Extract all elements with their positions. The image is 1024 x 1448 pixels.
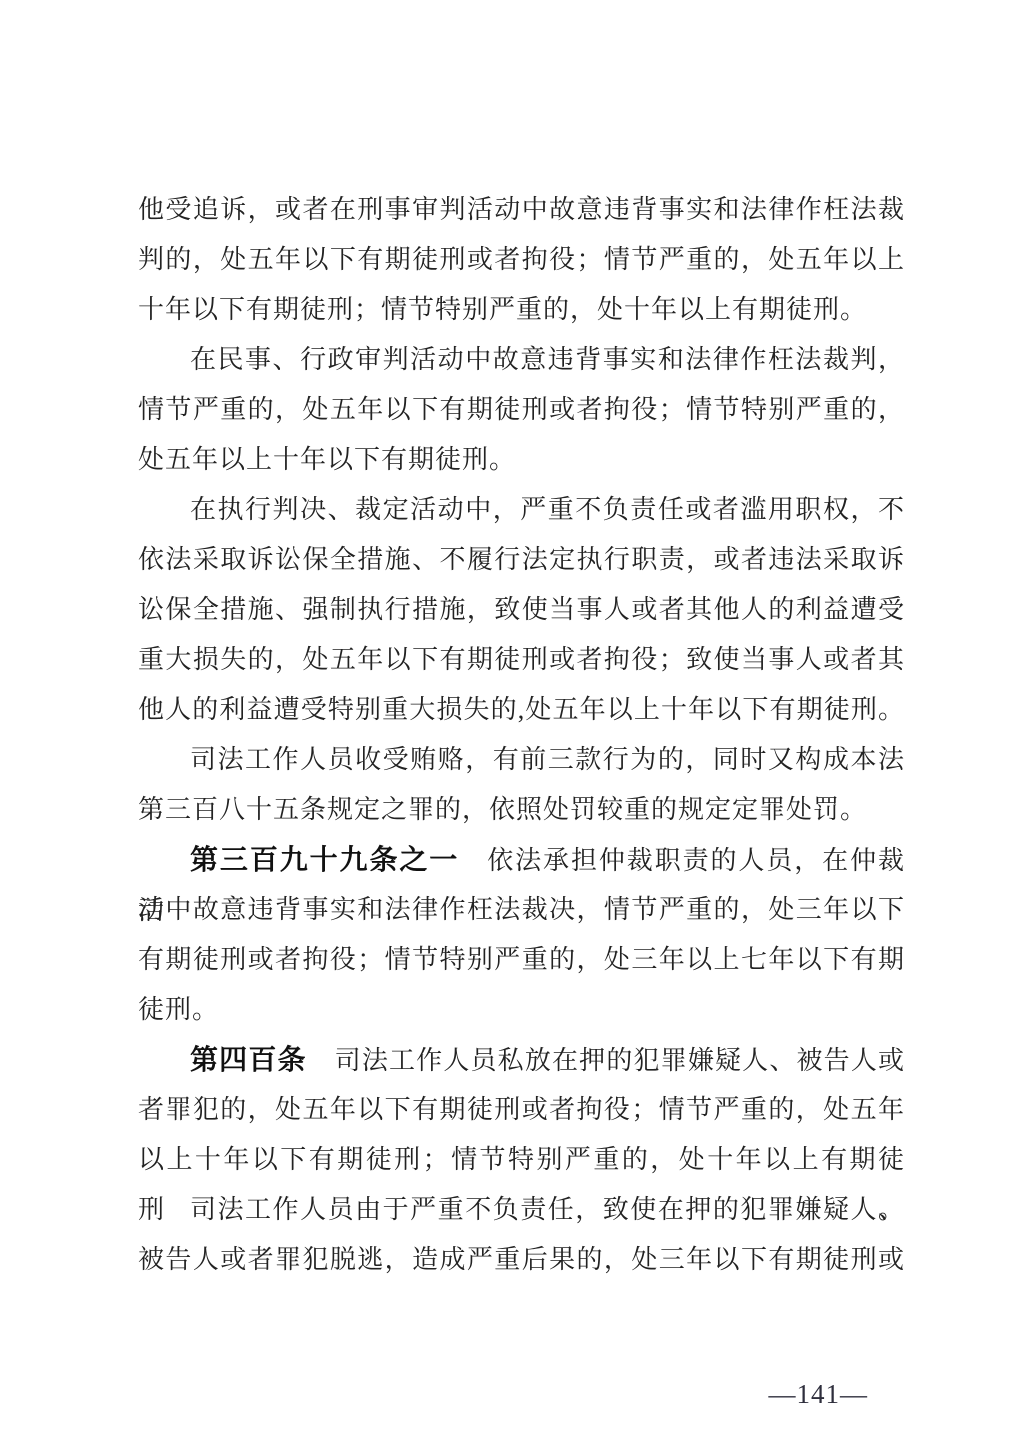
text-line: 他受追诉，或者在刑事审判活动中故意违背事实和法律作枉法裁 [138, 185, 905, 235]
article-number-heading: 第四百条 [190, 1044, 307, 1075]
text-line: 被告人或者罪犯脱逃，造成严重后果的，处三年以下有期徒刑或 [138, 1235, 905, 1285]
document-page: 他受追诉，或者在刑事审判活动中故意违背事实和法律作枉法裁 判的，处五年以下有期徒… [0, 0, 1024, 1448]
text-line: 司法工作人员收受贿赂，有前三款行为的，同时又构成本法 [138, 735, 905, 785]
text-block: 他受追诉，或者在刑事审判活动中故意违背事实和法律作枉法裁 判的，处五年以下有期徒… [138, 185, 905, 1285]
text-line: 动中故意违背事实和法律作枉法裁决，情节严重的，处三年以下 [138, 885, 905, 935]
text-line: 处五年以上十年以下有期徒刑。 [138, 435, 905, 485]
paragraph: 在执行判决、裁定活动中，严重不负责任或者滥用职权，不 依法采取诉讼保全措施、不履… [138, 485, 905, 735]
page-number: —141— [769, 1379, 869, 1410]
text-line: 第三百八十五条规定之罪的，依照处罚较重的规定定罪处罚。 [138, 785, 905, 835]
text-line: 判的，处五年以下有期徒刑或者拘役；情节严重的，处五年以上 [138, 235, 905, 285]
text-line: 第四百条司法工作人员私放在押的犯罪嫌疑人、被告人或 [138, 1035, 905, 1085]
paragraph: 司法工作人员收受贿赂，有前三款行为的，同时又构成本法 第三百八十五条规定之罪的，… [138, 735, 905, 835]
text-line: 依法采取诉讼保全措施、不履行法定执行职责，或者违法采取诉 [138, 535, 905, 585]
text-line: 在民事、行政审判活动中故意违背事实和法律作枉法裁判， [138, 335, 905, 385]
paragraph: 在民事、行政审判活动中故意违背事实和法律作枉法裁判， 情节严重的，处五年以下有期… [138, 335, 905, 485]
text-line: 讼保全措施、强制执行措施，致使当事人或者其他人的利益遭受 [138, 585, 905, 635]
paragraph: 司法工作人员由于严重不负责任，致使在押的犯罪嫌疑人、 被告人或者罪犯脱逃，造成严… [138, 1185, 905, 1285]
text-line: 第三百九十九条之一依法承担仲裁职责的人员，在仲裁活 [138, 835, 905, 885]
text-line: 者罪犯的，处五年以下有期徒刑或者拘役；情节严重的，处五年 [138, 1085, 905, 1135]
text-line: 情节严重的，处五年以下有期徒刑或者拘役；情节特别严重的， [138, 385, 905, 435]
article-text: 司法工作人员私放在押的犯罪嫌疑人、被告人或 [335, 1046, 905, 1075]
text-line: 有期徒刑或者拘役；情节特别严重的，处三年以上七年以下有期 [138, 935, 905, 985]
text-line: 十年以下有期徒刑；情节特别严重的，处十年以上有期徒刑。 [138, 285, 905, 335]
text-line: 以上十年以下有期徒刑；情节特别严重的，处十年以上有期徒刑。 [138, 1135, 905, 1185]
paragraph: 他受追诉，或者在刑事审判活动中故意违背事实和法律作枉法裁 判的，处五年以下有期徒… [138, 185, 905, 335]
paragraph-article: 第三百九十九条之一依法承担仲裁职责的人员，在仲裁活 动中故意违背事实和法律作枉法… [138, 835, 905, 1035]
text-line: 他人的利益遭受特别重大损失的,处五年以上十年以下有期徒刑。 [138, 685, 905, 735]
text-line: 重大损失的，处五年以下有期徒刑或者拘役；致使当事人或者其 [138, 635, 905, 685]
text-line: 司法工作人员由于严重不负责任，致使在押的犯罪嫌疑人、 [138, 1185, 905, 1235]
article-number-heading: 第三百九十九条之一 [190, 844, 459, 875]
text-line: 徒刑。 [138, 985, 905, 1035]
text-line: 在执行判决、裁定活动中，严重不负责任或者滥用职权，不 [138, 485, 905, 535]
paragraph-article: 第四百条司法工作人员私放在押的犯罪嫌疑人、被告人或 者罪犯的，处五年以下有期徒刑… [138, 1035, 905, 1185]
